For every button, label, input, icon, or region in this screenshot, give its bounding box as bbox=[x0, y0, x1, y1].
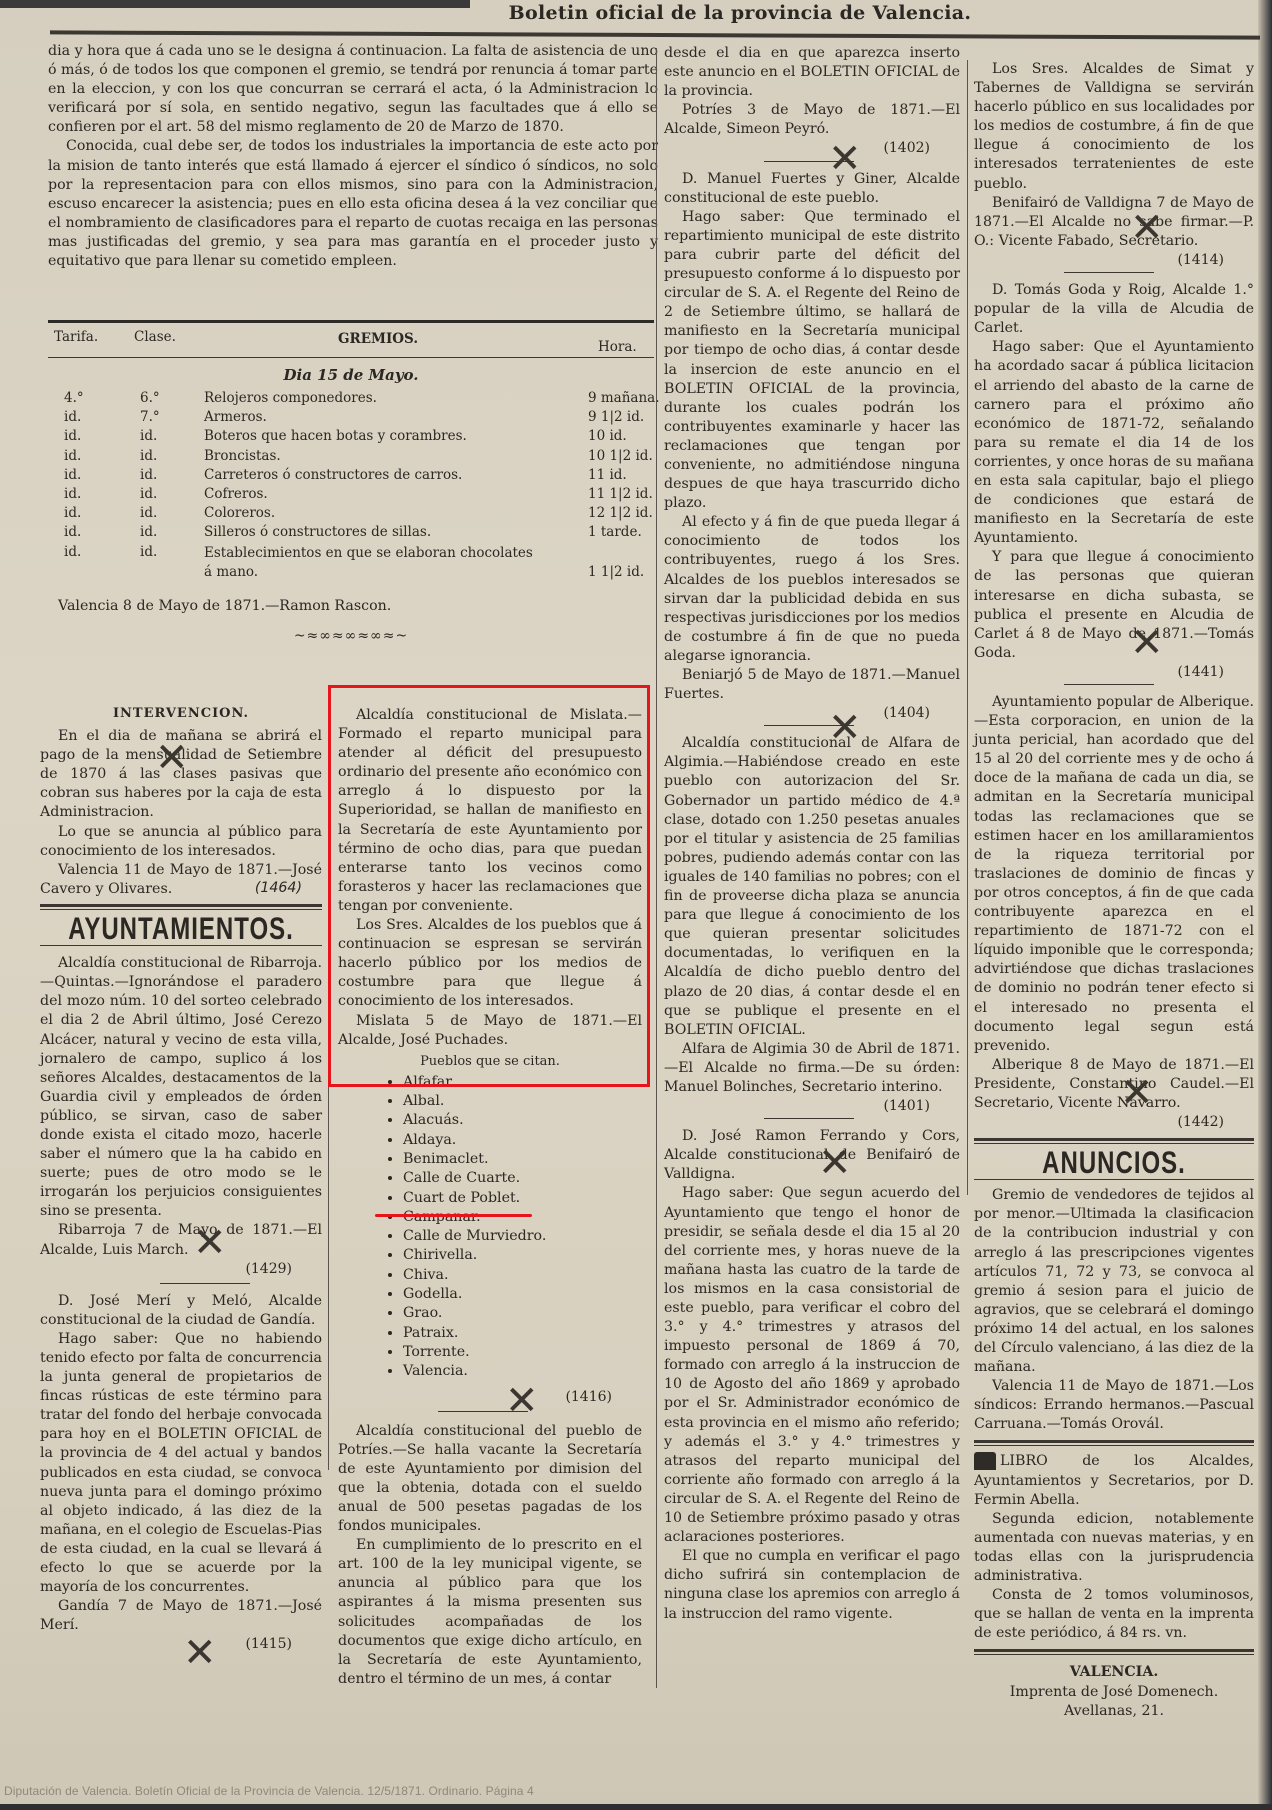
cell-hora: 11 id. bbox=[588, 467, 627, 483]
ribarroja-signature: Ribarroja 7 de Mayo de 1871.—El Alcalde,… bbox=[40, 1221, 322, 1259]
benifairo-heading: D. José Ramon Ferrando y Cors, Alcalde c… bbox=[664, 1127, 960, 1184]
table-row: id. id. Boteros que hacen botas y coramb… bbox=[48, 428, 654, 447]
cell-clase: id. bbox=[140, 524, 157, 540]
gremios-table: Tarifa. Clase. GREMIOS. Hora. Dia 15 de … bbox=[48, 318, 654, 644]
ref-number: (1414) bbox=[974, 251, 1224, 270]
table-date-heading: Dia 15 de Mayo. bbox=[48, 366, 654, 384]
libro-paragraph: Consta de 2 tomos voluminosos, que se ha… bbox=[974, 1586, 1254, 1643]
beniarjo-paragraph: Al efecto y á fin de que pueda llegar á … bbox=[664, 513, 960, 666]
cell-tarifa: id. bbox=[64, 409, 81, 425]
gandia-heading: D. José Merí y Meló, Alcalde constitucio… bbox=[40, 1292, 322, 1330]
header-gremios: GREMIOS. bbox=[338, 331, 418, 347]
page-edge-shadow bbox=[1258, 0, 1272, 1810]
short-rule bbox=[1064, 684, 1154, 685]
benifairo-paragraph: Hago saber: Que segun acuerdo del Ayunta… bbox=[664, 1184, 960, 1547]
potries-paragraph: Alcaldía constitucional del pueblo de Po… bbox=[338, 1422, 642, 1537]
pointing-hand-icon bbox=[974, 1452, 996, 1470]
handwritten-x-mark-icon: ✕ bbox=[183, 1630, 217, 1676]
beniarjo-signature: Beniarjó 5 de Mayo de 1871.—Manuel Fuert… bbox=[664, 666, 960, 704]
intro-paragraph: dia y hora que á cada uno se le designa … bbox=[48, 42, 658, 137]
cell-gremio: Armeros. bbox=[204, 409, 267, 425]
ref-number: (1429) bbox=[40, 1260, 292, 1279]
town-item: Aldaya. bbox=[403, 1131, 642, 1150]
benifairo-paragraph: Los Sres. Alcaldes de Simat y Tabernes d… bbox=[974, 60, 1254, 194]
town-item: Alacuás. bbox=[403, 1111, 642, 1130]
libro-title: LIBRO de los Alcaldes, Ayuntamientos y S… bbox=[974, 1452, 1254, 1509]
short-rule bbox=[160, 1283, 250, 1284]
red-highlight-box bbox=[328, 685, 650, 1087]
cell-hora: 10 id. bbox=[588, 428, 627, 444]
gandia-paragraph: Hago saber: Que no habiendo tenido efect… bbox=[40, 1330, 322, 1597]
table-header-rule bbox=[48, 357, 654, 358]
header-hora: Hora. bbox=[598, 339, 637, 355]
town-item: Patraix. bbox=[403, 1324, 642, 1343]
cell-clase: id. bbox=[140, 544, 157, 560]
beniarjo-paragraph: Hago saber: Que terminado el repartimien… bbox=[664, 208, 960, 514]
cell-hora: 11 1|2 id. bbox=[588, 486, 653, 502]
handwritten-x-mark-icon: ✕ bbox=[1130, 620, 1164, 666]
section-rule bbox=[974, 1138, 1254, 1144]
town-item: Torrente. bbox=[403, 1343, 642, 1362]
cell-tarifa: id. bbox=[64, 428, 81, 444]
town-item: Chirivella. bbox=[403, 1246, 642, 1265]
cell-tarifa: id. bbox=[64, 467, 81, 483]
table-top-rule bbox=[48, 320, 654, 323]
beniarjo-heading: D. Manuel Fuertes y Giner, Alcalde const… bbox=[664, 170, 960, 208]
cell-tarifa: id. bbox=[64, 486, 81, 502]
cell-tarifa: id. bbox=[64, 524, 81, 540]
section-rule bbox=[40, 904, 322, 910]
section-rule bbox=[974, 1649, 1254, 1655]
scan-edge bbox=[0, 0, 470, 8]
cell-hora: 12 1|2 id. bbox=[588, 505, 653, 521]
cell-clase: id. bbox=[140, 448, 157, 464]
imprint-city: VALENCIA. bbox=[974, 1663, 1254, 1682]
potries-paragraph: En cumplimiento de lo prescrito en el ar… bbox=[338, 1536, 642, 1689]
masthead-title: Boletin oficial de la provincia de Valen… bbox=[460, 2, 1020, 24]
cell-hora: 1 1|2 id. bbox=[588, 564, 644, 580]
handwritten-x-mark-icon: ✕ bbox=[1130, 205, 1164, 251]
cell-gremio: Establecimientos en que se elaboran choc… bbox=[204, 544, 534, 582]
town-item: Chiva. bbox=[403, 1266, 642, 1285]
libro-paragraph: Segunda edicion, notablemente aumentada … bbox=[974, 1510, 1254, 1586]
gremio-signature: Valencia 11 de Mayo de 1871.—Los síndico… bbox=[974, 1377, 1254, 1434]
ref-number: (1416) bbox=[338, 1388, 612, 1407]
handwritten-x-mark-icon: ✕ bbox=[828, 136, 862, 182]
column-rule bbox=[967, 60, 968, 1195]
ref-number: (1401) bbox=[664, 1097, 930, 1116]
handwritten-x-mark-icon: ✕ bbox=[193, 1220, 227, 1266]
intro-paragraph: Conocida, cual debe ser, de todos los in… bbox=[48, 137, 658, 271]
cell-gremio: Carreteros ó constructores de carros. bbox=[204, 467, 462, 483]
handwritten-x-mark-icon: ✕ bbox=[818, 1140, 852, 1186]
ref-number: (1442) bbox=[974, 1113, 1224, 1132]
town-item-highlighted: Cuart de Poblet. bbox=[403, 1189, 642, 1208]
gremios-intro: dia y hora que á cada uno se le designa … bbox=[48, 42, 658, 271]
cell-clase: id. bbox=[140, 486, 157, 502]
alcudia-paragraph: Y para que llegue á conocimiento de las … bbox=[974, 548, 1254, 663]
town-item: Grao. bbox=[403, 1304, 642, 1323]
short-rule bbox=[764, 1118, 854, 1119]
town-item: Godella. bbox=[403, 1285, 642, 1304]
cell-tarifa: id. bbox=[64, 544, 81, 560]
benifairo-paragraph: El que no cumpla en verificar el pago di… bbox=[664, 1547, 960, 1623]
table-signature: Valencia 8 de Mayo de 1871.—Ramon Rascon… bbox=[58, 598, 654, 614]
cell-tarifa: id. bbox=[64, 448, 81, 464]
gandia-signature: Gandía 7 de Mayo de 1871.—José Merí. bbox=[40, 1597, 322, 1635]
cell-gremio: Silleros ó constructores de sillas. bbox=[204, 524, 431, 540]
cell-clase: 6.° bbox=[140, 390, 160, 406]
cell-gremio: Coloreros. bbox=[204, 505, 275, 521]
handwritten-x-mark-icon: ✕ bbox=[828, 705, 862, 751]
cell-gremio: Cofreros. bbox=[204, 486, 268, 502]
table-row: id. id. Cofreros. 11 1|2 id. bbox=[48, 486, 654, 505]
ornament-divider: ~≈∞≈∞≈∞≈~ bbox=[48, 628, 654, 644]
table-row: id. id. Broncistas. 10 1|2 id. bbox=[48, 448, 654, 467]
ribarroja-paragraph: Alcaldía constitucional de Ribarroja.—Qu… bbox=[40, 954, 322, 1221]
handwritten-x-mark-icon: ✕ bbox=[505, 1378, 539, 1424]
intervencion-paragraph: Lo que se anuncia al público para conoci… bbox=[40, 823, 322, 861]
column-1-lower: INTERVENCION. En el dia de mañana se abr… bbox=[40, 700, 322, 1655]
intervencion-title: INTERVENCION. bbox=[40, 704, 322, 723]
towns-list: Alfafar. Albal. Alacuás. Aldaya. Benimac… bbox=[403, 1073, 642, 1382]
cell-clase: 7.° bbox=[140, 409, 160, 425]
town-item: Calle de Cuarte. bbox=[403, 1169, 642, 1188]
alberique-signature: Alberique 8 de Mayo de 1871.—El Presiden… bbox=[974, 1056, 1254, 1113]
ref-number: (1415) bbox=[40, 1635, 292, 1654]
header-clase: Clase. bbox=[134, 329, 176, 345]
cell-clase: id. bbox=[140, 505, 157, 521]
potries-signature: Potríes 3 de Mayo de 1871.—El Alcalde, S… bbox=[664, 101, 960, 139]
header-tarifa: Tarifa. bbox=[54, 329, 98, 345]
page-bottom-shadow bbox=[0, 1804, 1272, 1810]
cell-hora: 9 mañana. bbox=[588, 390, 660, 406]
table-header-row: Tarifa. Clase. GREMIOS. Hora. bbox=[48, 325, 654, 351]
potries-continuation: desde el dia en que aparezca inserto est… bbox=[664, 44, 960, 101]
anuncios-title: ANUNCIOS. bbox=[974, 1151, 1254, 1176]
short-rule bbox=[1064, 272, 1154, 273]
gremio-announcement: Gremio de vendedores de tejidos al por m… bbox=[974, 1186, 1254, 1377]
benifairo-signature: Benifairó de Valldigna 7 de Mayo de 1871… bbox=[974, 194, 1254, 251]
section-rule bbox=[974, 1440, 1254, 1446]
imprint-address: Avellanas, 21. bbox=[974, 1702, 1254, 1721]
town-item: Calle de Murviedro. bbox=[403, 1227, 642, 1246]
cell-tarifa: 4.° bbox=[64, 390, 84, 406]
ref-number: (1441) bbox=[974, 663, 1224, 682]
handwritten-x-mark-icon: ✕ bbox=[1120, 1070, 1154, 1116]
town-item: Albal. bbox=[403, 1092, 642, 1111]
alberique-paragraph: Ayuntamiento popular de Alberique.—Esta … bbox=[974, 693, 1254, 1056]
cell-gremio: Boteros que hacen botas y corambres. bbox=[204, 428, 467, 444]
alfara-signature: Alfara de Algimia 30 de Abril de 1871.—E… bbox=[664, 1040, 960, 1097]
cell-clase: id. bbox=[140, 467, 157, 483]
red-underline bbox=[375, 1214, 532, 1217]
table-row: 4.° 6.° Relojeros componedores. 9 mañana… bbox=[48, 390, 654, 409]
cell-hora: 10 1|2 id. bbox=[588, 448, 653, 464]
column-rule bbox=[656, 48, 657, 1688]
cell-hora: 9 1|2 id. bbox=[588, 409, 644, 425]
imprint-printer: Imprenta de José Domenech. bbox=[974, 1683, 1254, 1702]
ref-number: (1404) bbox=[664, 704, 930, 723]
town-item: Benimaclet. bbox=[403, 1150, 642, 1169]
cell-gremio: Relojeros componedores. bbox=[204, 390, 377, 406]
libro-title-text: LIBRO de los Alcaldes, Ayuntamientos y S… bbox=[974, 1453, 1254, 1507]
cell-gremio: Broncistas. bbox=[204, 448, 281, 464]
alfara-paragraph: Alcaldía constitucional de Alfara de Alg… bbox=[664, 734, 960, 1040]
column-4: Los Sres. Alcaldes de Simat y Tabernes d… bbox=[974, 60, 1254, 1721]
cell-clase: id. bbox=[140, 428, 157, 444]
town-item: Campanar. bbox=[403, 1208, 642, 1227]
archive-footer: Diputación de Valencia. Boletín Oficial … bbox=[4, 1784, 534, 1798]
ayuntamientos-title: AYUNTAMIENTOS. bbox=[40, 917, 322, 942]
ref-number: (1402) bbox=[664, 139, 930, 158]
cell-tarifa: id. bbox=[64, 505, 81, 521]
alcudia-heading: D. Tomás Goda y Roig, Alcalde 1.° popula… bbox=[974, 281, 1254, 338]
table-row: id. id. Coloreros. 12 1|2 id. bbox=[48, 505, 654, 524]
table-row: id. 7.° Armeros. 9 1|2 id. bbox=[48, 409, 654, 428]
cell-hora: 1 tarde. bbox=[588, 524, 642, 540]
handwritten-x-mark-icon: ✕ bbox=[155, 735, 189, 781]
table-row: id. id. Establecimientos en que se elabo… bbox=[48, 544, 654, 586]
column-3: desde el dia en que aparezca inserto est… bbox=[664, 44, 960, 1624]
table-row: id. id. Silleros ó constructores de sill… bbox=[48, 524, 654, 543]
alcudia-paragraph: Hago saber: Que el Ayuntamiento ha acord… bbox=[974, 338, 1254, 548]
table-row: id. id. Carreteros ó constructores de ca… bbox=[48, 467, 654, 486]
